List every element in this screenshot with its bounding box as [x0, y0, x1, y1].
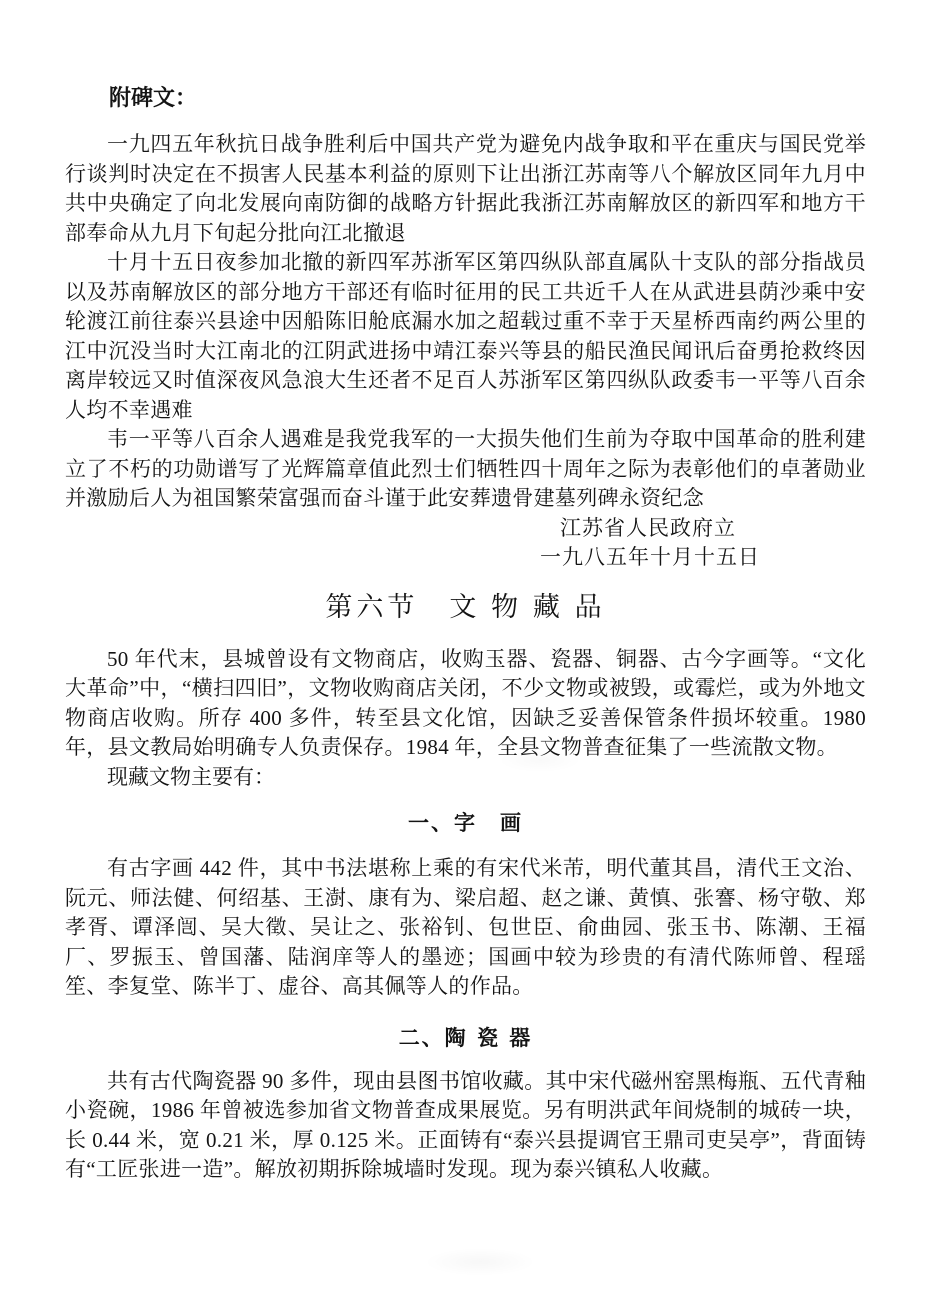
section-intro-paragraph: 50 年代末，县城曾设有文物商店，收购玉器、瓷器、铜器、古今字画等。“文化大革命… — [65, 645, 866, 763]
subsection-body-calligraphy-painting: 有古字画 442 件，其中书法堪称上乘的有宋代米芾，明代董其昌，清代王文治、阮元… — [65, 854, 866, 1002]
signature-authority: 江苏省人民政府立 — [65, 514, 866, 544]
subsection-body-ceramics: 共有古代陶瓷器 90 多件，现由县图书馆收藏。其中宋代磁州窑黑梅瓶、五代青釉小瓷… — [65, 1067, 866, 1185]
inscription-paragraph-2: 十月十五日夜参加北撤的新四军苏浙军区第四纵队部直属队十支队的部分指战员以及苏南解… — [65, 248, 866, 425]
subsection-heading-ceramics: 二、陶 瓷 器 — [65, 1024, 866, 1053]
inscription-paragraph-1: 一九四五年秋抗日战争胜利后中国共产党为避免内战争取和平在重庆与国民党举行谈判时决… — [65, 130, 866, 248]
signature-date: 一九八五年十月十五日 — [65, 543, 866, 573]
section-title: 第六节 文 物 藏 品 — [65, 587, 866, 627]
inscription-label: 附碑文： — [65, 86, 866, 112]
scanned-book-page: 附碑文： 一九四五年秋抗日战争胜利后中国共产党为避免内战争取和平在重庆与国民党举… — [0, 0, 930, 1309]
collection-lead-in: 现藏文物主要有： — [65, 763, 866, 793]
inscription-paragraph-3: 韦一平等八百余人遇难是我党我军的一大损失他们生前为夺取中国革命的胜利建立了不朽的… — [65, 425, 866, 514]
subsection-heading-calligraphy-painting: 一、字 画 — [65, 809, 866, 838]
